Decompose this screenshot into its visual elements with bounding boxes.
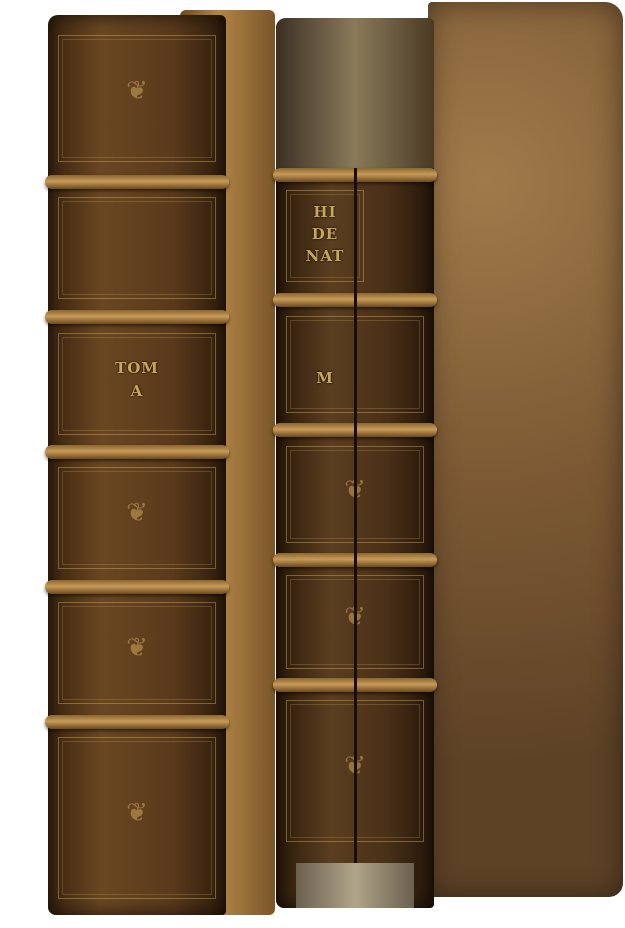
worn-spine-bottom [296,863,414,908]
volume-label: M [227,369,423,388]
right-volume: HI DE NAT M ❦ ❦ ❦ [268,0,625,918]
left-volume: ❦ TOM A ❦ ❦ ❦ [30,10,275,920]
spine-panel: ❦ [58,602,216,704]
spine-band [45,445,229,459]
spine-panel [58,197,216,299]
worn-spine-top [276,18,434,168]
ornament-icon: ❦ [59,633,215,663]
spine-label: DE [287,225,363,244]
spine-band [45,175,229,189]
spine-label: TOM [59,359,215,378]
spine-label: HI [287,203,363,222]
spine-panel: ❦ [58,467,216,569]
right-volume-spine: HI DE NAT M ❦ ❦ ❦ [276,18,434,908]
spine-label: NAT [287,247,363,266]
title-label-panel: HI DE NAT [286,190,364,282]
ornament-icon: ❦ [59,76,215,106]
spine-crack [354,168,357,888]
ornament-icon: ❦ [59,498,215,528]
title-label-panel: TOM A [58,333,216,435]
spine-band [45,715,229,729]
spine-band [45,310,229,324]
spine-panel: ❦ [58,35,216,162]
spine-band [45,580,229,594]
ornament-icon: ❦ [59,798,215,828]
right-volume-cover [428,2,623,897]
spine-panel: ❦ [58,737,216,899]
left-volume-spine: ❦ TOM A ❦ ❦ ❦ [48,15,226,915]
spine-label: A [59,382,215,401]
